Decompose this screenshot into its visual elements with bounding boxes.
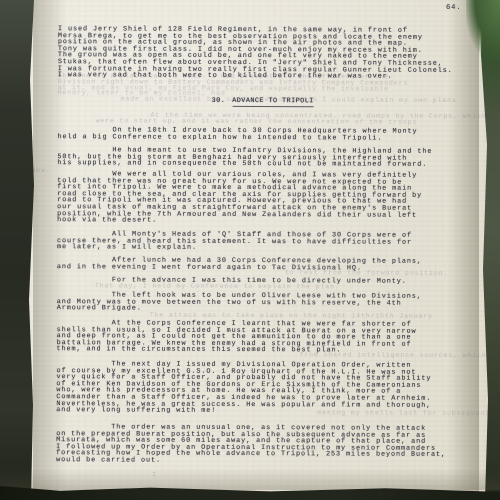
section-title: ADVANCE TO TRIPOLI bbox=[232, 97, 314, 107]
section-number: 30. bbox=[212, 97, 226, 105]
green-cover-top-right bbox=[466, 0, 500, 62]
typewritten-line: his supplies, and in consequence the 50t… bbox=[57, 160, 477, 168]
paragraph: On the 10th I drove back to 30 Corps Hea… bbox=[57, 127, 477, 142]
page-gutter-shadow bbox=[33, 0, 67, 500]
paragraph: For the advance I was this time to be di… bbox=[57, 277, 477, 285]
photo-of-typewritten-page: the end of a place called Homs. I had pr… bbox=[0, 0, 500, 500]
paragraph: All Monty's Heads of 'Q' Staff and those… bbox=[57, 231, 477, 253]
bleed-through-line: were to start up, and it was rather the … bbox=[96, 118, 418, 125]
paragraph: The order was an unusual one, as it cove… bbox=[56, 424, 476, 465]
paragraph: The left hook was to be under Oliver Lee… bbox=[57, 292, 477, 314]
paragraph: He had meant to use two Infantry Divisio… bbox=[57, 147, 477, 169]
paragraph: The next day I issued my Divisional Oper… bbox=[56, 361, 476, 416]
paragraph: After lunch we had a 30 Corps Conference… bbox=[57, 257, 477, 272]
page-right-edge-shadow bbox=[448, 0, 479, 500]
page-bottom-edge-shadow bbox=[0, 468, 500, 490]
typewritten-line: For the advance I was this time to be di… bbox=[57, 277, 477, 285]
paragraph: At the Corps Conference I learnt that we… bbox=[57, 320, 477, 355]
paragraph: We were all told our various roles, and … bbox=[57, 171, 477, 226]
bleed-through-line: The attack was to take place on the nigh… bbox=[150, 313, 433, 320]
typewritten-text-layer: the end of a place called Homs. I had pr… bbox=[0, 0, 500, 500]
section-heading: 30.ADVANCE TO TRIPOLI bbox=[212, 98, 314, 105]
paragraph: I used Jerry Shiel of 128 Field Regiment… bbox=[58, 26, 478, 81]
typewritten-line: them, and in the circumstances this seem… bbox=[57, 347, 477, 355]
